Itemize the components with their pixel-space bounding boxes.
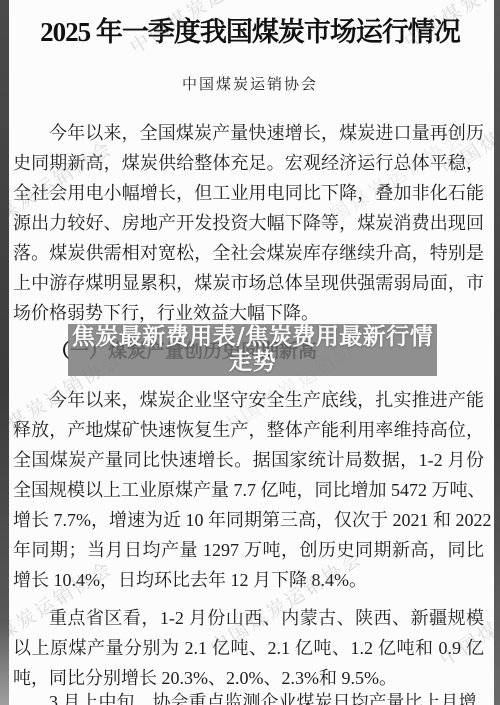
body-line: 年同期；当月日均产量 1297 万吨，创历史同期新高，同比 bbox=[13, 535, 484, 565]
body-line: 落。煤炭供需相对宽松，全社会煤炭库存继续升高，特别是 bbox=[13, 238, 484, 268]
body-line: 史同期新高，煤炭供给整体充足。宏观经济运行总体平稳， bbox=[13, 148, 484, 178]
body-line: 上中游存煤明显累积，煤炭市场总体呈现供强需弱局面，市 bbox=[13, 268, 484, 298]
caption-line-1: 焦炭最新费用表/焦炭费用最新行情 bbox=[72, 325, 433, 350]
body-line: 吨，同比分别增长 20.3%、2.0%、2.3%和 9.5%。 bbox=[13, 663, 484, 693]
body-line: 源出力较好、房地产开发投资大幅下降等，煤炭消费出现回 bbox=[13, 208, 484, 238]
document-body: 今年以来，全国煤炭产量快速增长，煤炭进口量再创历 史同期新高，煤炭供给整体充足。… bbox=[13, 118, 484, 705]
document-subtitle: 中国煤炭运销协会 bbox=[0, 75, 500, 95]
body-line: 重点省区看，1-2 月份山西、内蒙古、陕西、新疆规模 bbox=[13, 603, 484, 633]
body-line: 释放，产地煤矿快速恢复生产，整体产能利用率维持高位， bbox=[13, 415, 484, 445]
scan-edge-right bbox=[494, 0, 500, 705]
body-line: 全国煤炭产量同比快速增长。据国家统计局数据，1-2 月份 bbox=[13, 445, 484, 475]
document-title: 2025 年一季度我国煤炭市场运行情况 bbox=[20, 14, 480, 50]
body-line: 今年以来，煤炭企业坚守安全生产底线，扎实推进产能 bbox=[13, 385, 484, 415]
scanned-document-page: 2025 年一季度我国煤炭市场运行情况 中国煤炭运销协会 今年以来，全国煤炭产量… bbox=[0, 0, 500, 705]
body-line: 增长 10.4%，日均环比去年 12 月下降 8.4%。 bbox=[13, 565, 484, 595]
paragraph-2: 今年以来，煤炭企业坚守安全生产底线，扎实推进产能 释放，产地煤矿快速恢复生产，整… bbox=[13, 385, 484, 595]
paragraph-3: 重点省区看，1-2 月份山西、内蒙古、陕西、新疆规模 以上原煤产量分别为 2.1… bbox=[13, 603, 484, 693]
body-line: 以上原煤产量分别为 2.1 亿吨、2.1 亿吨、1.2 亿吨和 0.9 亿 bbox=[13, 633, 484, 663]
body-line: 增长 7.7%，增速为近 10 年同期第三高，仅次于 2021 和 2022 bbox=[13, 505, 484, 535]
scan-edge-left bbox=[0, 0, 9, 705]
body-line: 全社会用电小幅增长，但工业用电同比下降，叠加非化石能 bbox=[13, 178, 484, 208]
partial-bottom-line: 3 月上中旬，协会重点监测企业煤炭日均产量比上月增 bbox=[13, 693, 484, 705]
caption-overlay: 焦炭最新费用表/焦炭费用最新行情 走势 bbox=[68, 324, 437, 376]
body-line: 全国规模以上工业原煤产量 7.7 亿吨，同比增加 5472 万吨、 bbox=[13, 475, 484, 505]
body-line: 今年以来，全国煤炭产量快速增长，煤炭进口量再创历 bbox=[13, 118, 484, 148]
paragraph-1: 今年以来，全国煤炭产量快速增长，煤炭进口量再创历 史同期新高，煤炭供给整体充足。… bbox=[13, 118, 484, 328]
caption-line-2: 走势 bbox=[229, 350, 276, 375]
